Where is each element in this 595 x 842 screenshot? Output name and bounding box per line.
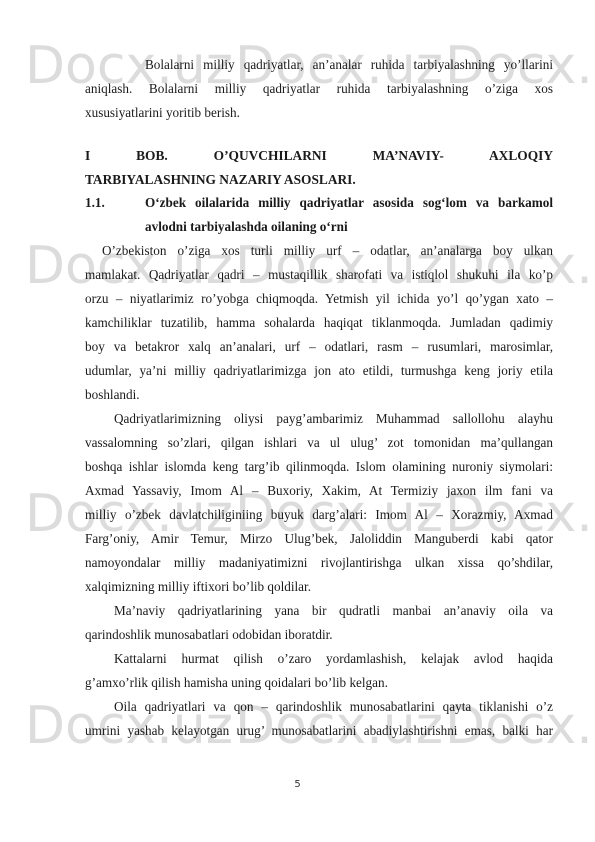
page-number: 5 (0, 779, 595, 790)
paragraph-line: namoyondalar milliy madaniyatimizni rivo… (85, 554, 553, 572)
paragraph-line: boshqa ishlar islomda keng targ’ib qilin… (85, 458, 553, 476)
section-title-line2: avlodni tarbiyalashda oilaning o‘rni (145, 218, 553, 236)
chapter-heading-line1: I BOB. O’QUVCHILARNI MA’NAVIY- AXLOQIY (85, 147, 553, 165)
paragraph-line: udumlar, ya’ni milliy qadriyatlarimizga … (85, 362, 553, 380)
section-heading: 1.1. O‘zbek oilalarida milliy qadriyatla… (85, 194, 553, 212)
paragraph-line: boy va betakror xalq an’analari, urf – o… (85, 338, 553, 356)
paragraph-line: mamlakat. Qadriyatlar qadri – mustaqilli… (85, 266, 553, 284)
paragraph-line: qarindoshlik munosabatlari odobidan ibor… (85, 626, 553, 644)
paragraph-line: boshlandi. (85, 386, 553, 404)
intro-line: xususiyatlarini yoritib berish. (85, 104, 553, 122)
chapter-heading-line2: TARBIYALASHNING NAZARIY ASOSLARI. (85, 171, 553, 189)
section-heading-cont: avlodni tarbiyalashda oilaning o‘rni (85, 218, 553, 236)
paragraph-line: g’amxo’rlik qilish hamisha uning qoidala… (85, 674, 553, 692)
paragraph-line: O’zbekiston o’ziga xos turli milliy urf … (102, 242, 553, 260)
intro-line: aniqlash. Bolalarni milliy qadriyatlar r… (85, 80, 553, 98)
paragraph-line: Farg’oniy, Amir Temur, Mirzo Ulug’bek, J… (85, 530, 553, 548)
paragraph-line: orzu – niyatlarimiz ro’yobga chiqmoqda. … (85, 290, 553, 308)
paragraph-line: Oila qadriyatlari va qon – qarindoshlik … (114, 698, 553, 716)
paragraph-line: xalqimizning milliy iftixori bo’lib qold… (85, 578, 553, 596)
paragraph-line: umrini yashab kelayotgan urug’ munosabat… (85, 722, 553, 740)
paragraph-line: Ma’naviy qadriyatlarining yana bir qudra… (114, 602, 553, 620)
paragraph-line: vassalomning so’zlari, qilgan ishlari va… (85, 434, 553, 452)
paragraph-line: Axmad Yassaviy, Imom Al – Buxoriy, Xakim… (85, 482, 553, 500)
paragraph-line: Kattalarni hurmat qilish o’zaro yordamla… (114, 650, 553, 668)
document-page: Docx.uz Docx.uz Docx.uz Docx.uz Docx.uz … (0, 0, 595, 842)
paragraph-line: kamchiliklar tuzatilib, hamma sohalarda … (85, 314, 553, 332)
paragraph-line: milliy o’zbek davlatchiliginiing buyuk d… (85, 506, 553, 524)
intro-line: Bolalarni milliy qadriyatlar, an’analar … (145, 56, 553, 74)
section-number: 1.1. (85, 194, 105, 212)
paragraph-line: Qadriyatlarimizning oliysi payg’ambarimi… (114, 410, 553, 428)
section-title-line1: O‘zbek oilalarida milliy qadriyatlar aso… (145, 194, 553, 212)
